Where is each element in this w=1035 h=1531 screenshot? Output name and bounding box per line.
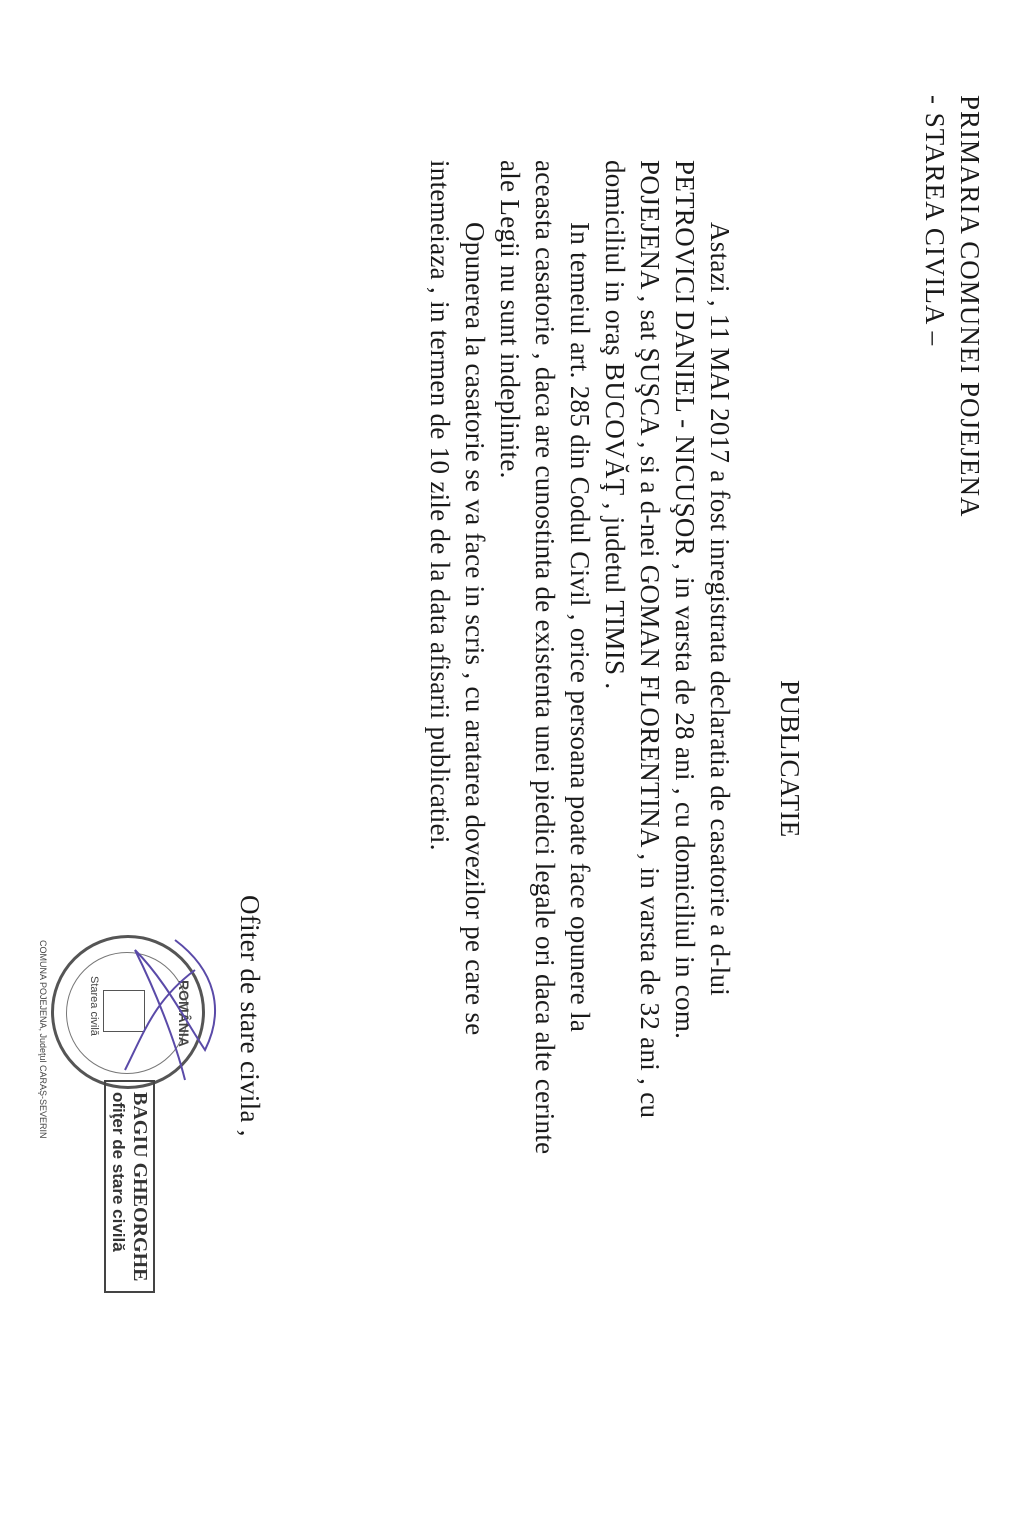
body-line: Opunerea la casatorie se va face in scri…	[459, 222, 490, 1036]
document-page: PRIMARIA COMUNEI POJEJENA - STAREA CIVIL…	[0, 0, 1035, 1531]
institution-name: PRIMARIA COMUNEI POJEJENA	[954, 95, 985, 518]
handwritten-signature	[105, 930, 235, 1090]
body-line: ale Legii nu sunt indeplinite.	[494, 160, 525, 479]
body-line: intemeiaza , in termen de 10 zile de la …	[424, 160, 455, 851]
body-line: aceasta casatorie , daca are cunostinta …	[529, 160, 560, 1154]
body-line: domiciliul in oraş BUCOVĂŢ , judetul TIM…	[599, 160, 630, 689]
stamp-center-text: Starea civilă	[88, 976, 100, 1036]
officer-name: BAGIU GHEORGHE	[129, 1092, 151, 1281]
body-line: Astazi , 11 MAI 2017 a fost inregistrata…	[704, 222, 735, 996]
document-title: PUBLICATIE	[774, 680, 805, 838]
department-name: - STAREA CIVILA –	[919, 95, 950, 346]
stamp-ring-text: COMUNA POJEJENA, Judeţul CARAŞ-SEVERIN	[38, 940, 48, 1139]
officer-nameplate: BAGIU GHEORGHE ofiţer de stare civilă	[104, 1080, 155, 1293]
body-line: POJEJENA , sat ŞUŞCA , si a d-nei GOMAN …	[634, 160, 665, 1118]
officer-title: ofiţer de stare civilă	[108, 1092, 128, 1281]
body-line: In temeiul art. 285 din Codul Civil , or…	[564, 222, 595, 1032]
body-line: PETROVICI DANIEL - NICUŞOR , in varsta d…	[669, 160, 700, 1039]
signature-role: Ofiter de stare civila ,	[234, 895, 265, 1137]
